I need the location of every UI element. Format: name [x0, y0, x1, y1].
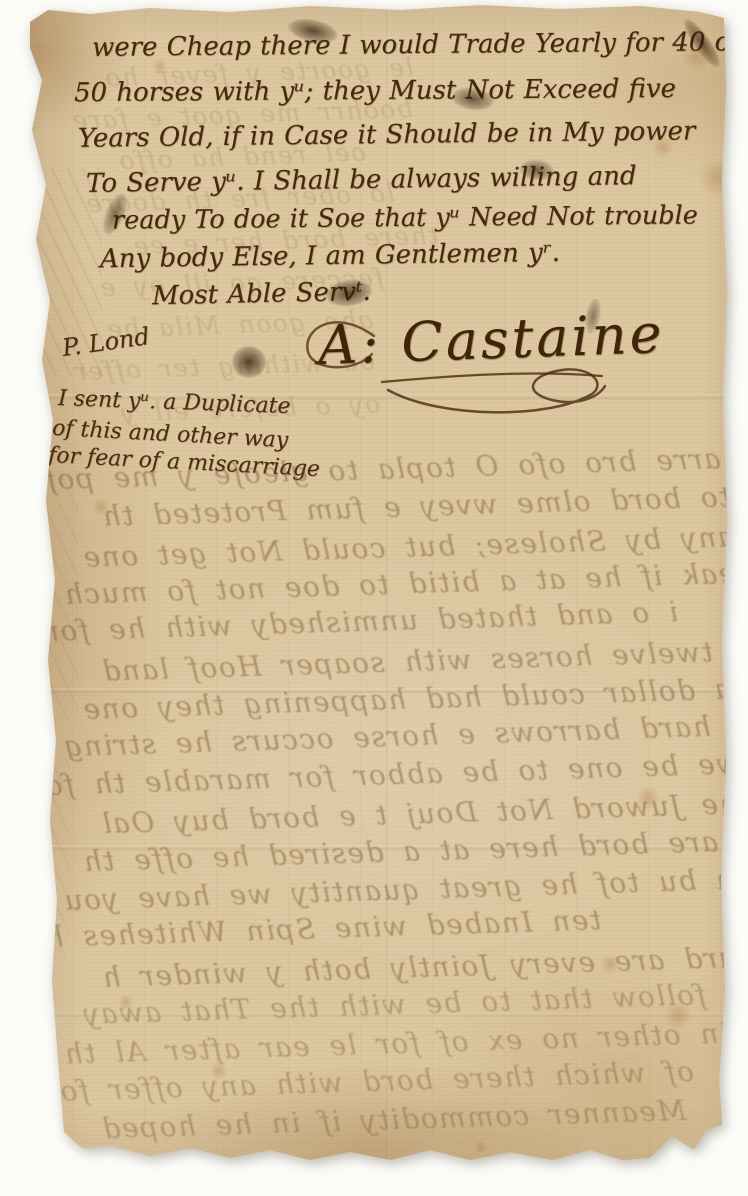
foxing-stain — [636, 786, 660, 810]
foxing-stain — [118, 994, 134, 1010]
foxing-stain — [92, 498, 110, 516]
paper-sheet: P. Lond A: Castaine were Cheap there I w… — [0, 0, 748, 1196]
foxing-stain — [652, 136, 674, 158]
signature-flourish — [378, 356, 608, 426]
foxing-stain — [664, 1002, 692, 1030]
foxing-stain — [152, 58, 168, 74]
letter-line: were Cheap there I would Trade Yearly fo… — [92, 27, 743, 63]
ink-blot — [232, 346, 266, 378]
foxing-stain — [682, 42, 712, 72]
foxing-stain — [698, 158, 738, 198]
foxing-stain — [210, 1062, 228, 1080]
scanned-letter: P. Lond A: Castaine were Cheap there I w… — [0, 0, 748, 1196]
foxing-stain — [600, 954, 620, 974]
foxing-stain — [474, 1140, 488, 1154]
